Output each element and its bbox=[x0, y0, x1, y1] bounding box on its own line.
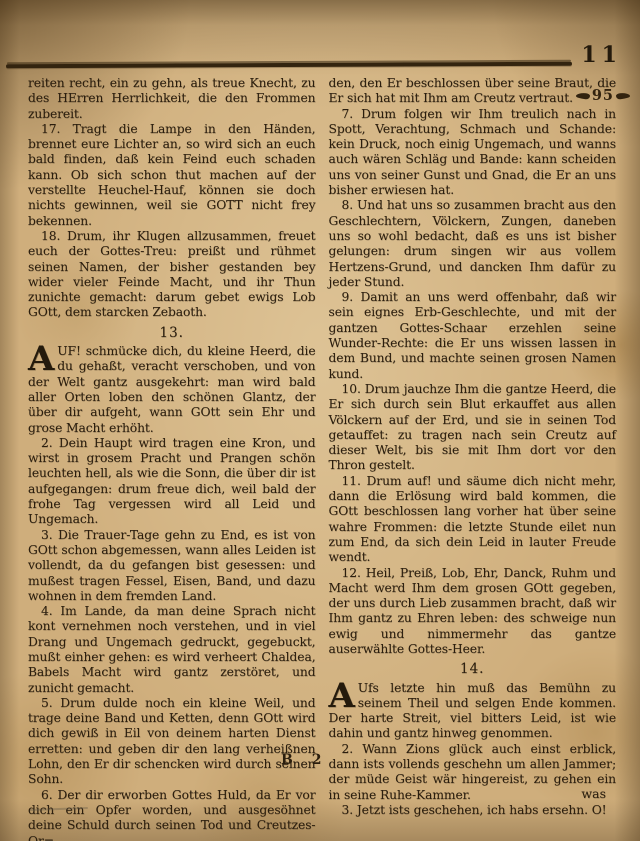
verse-18: 18. Drum, ihr Klugen allzusammen, freuet… bbox=[28, 229, 316, 321]
hymn-14-verse-2: 2. Wann Zions glück auch einst erblick, … bbox=[329, 742, 617, 803]
drop-cap-initial: A bbox=[28, 344, 57, 372]
header-rule bbox=[6, 62, 572, 68]
hymn-13-verse-6: 6. Der dir erworben Gottes Huld, da Er v… bbox=[28, 788, 316, 841]
leaf-ornament-right-icon bbox=[616, 92, 630, 99]
hymn-13-heading: 13. bbox=[28, 326, 316, 341]
text-columns: reiten recht, ein zu gehn, als treue Kne… bbox=[28, 76, 616, 841]
book-page: 11 95 reiten recht, ein zu gehn, als tre… bbox=[0, 0, 640, 841]
hymn-13-verse-1: AUF! schmücke dich, du kleine Heerd, die… bbox=[28, 344, 316, 436]
verse-text: Ufs letzte hin muß das Bemühn zu seinem … bbox=[329, 681, 617, 741]
hymn-13-verse-2: 2. Dein Haupt wird tragen eine Kron, und… bbox=[28, 436, 316, 528]
hymn-13-verse-7: 7. Drum folgen wir Ihm treulich nach in … bbox=[329, 107, 617, 199]
hymn-14-verse-1: AUfs letzte hin muß das Bemühn zu seinem… bbox=[329, 681, 617, 742]
hymn-13-verse-3: 3. Die Trauer-Tage gehn zu End, es ist v… bbox=[28, 528, 316, 604]
page-number: 11 bbox=[581, 42, 622, 68]
signature-mark: B 2 bbox=[281, 752, 328, 768]
hymn-14-verse-3: 3. Jetzt ists geschehen, ich habs ersehn… bbox=[329, 803, 617, 818]
catchword: was bbox=[581, 786, 606, 801]
hymn-14-heading: 14. bbox=[329, 662, 617, 677]
continuation-paragraph: den, den Er beschlossen über seine Braut… bbox=[329, 76, 617, 107]
hymn-13-verse-11: 11. Drum auf! und säume dich nicht mehr,… bbox=[329, 474, 617, 566]
continuation-paragraph: reiten recht, ein zu gehn, als treue Kne… bbox=[28, 76, 316, 122]
hymn-13-verse-4: 4. Im Lande, da man deine Sprach nicht k… bbox=[28, 604, 316, 696]
verse-17: 17. Tragt die Lampe in den Händen, brenn… bbox=[28, 122, 316, 229]
hymn-13-verse-12: 12. Heil, Preiß, Lob, Ehr, Danck, Ruhm u… bbox=[329, 566, 617, 658]
drop-cap-initial: A bbox=[329, 681, 358, 709]
verse-text: UF! schmücke dich, du kleine Heerd, die … bbox=[28, 344, 316, 434]
left-column: reiten recht, ein zu gehn, als treue Kne… bbox=[28, 76, 316, 841]
hymn-13-verse-10: 10. Drum jauchze Ihm die gantze Heerd, d… bbox=[329, 382, 617, 474]
hymn-13-verse-9: 9. Damit an uns werd offenbahr, daß wir … bbox=[329, 290, 617, 382]
hymn-13-verse-8: 8. Und hat uns so zusammen bracht aus de… bbox=[329, 198, 617, 290]
hymn-13-verse-5: 5. Drum dulde noch ein kleine Weil, und … bbox=[28, 696, 316, 788]
right-column: den, den Er beschlossen über seine Braut… bbox=[329, 76, 617, 841]
